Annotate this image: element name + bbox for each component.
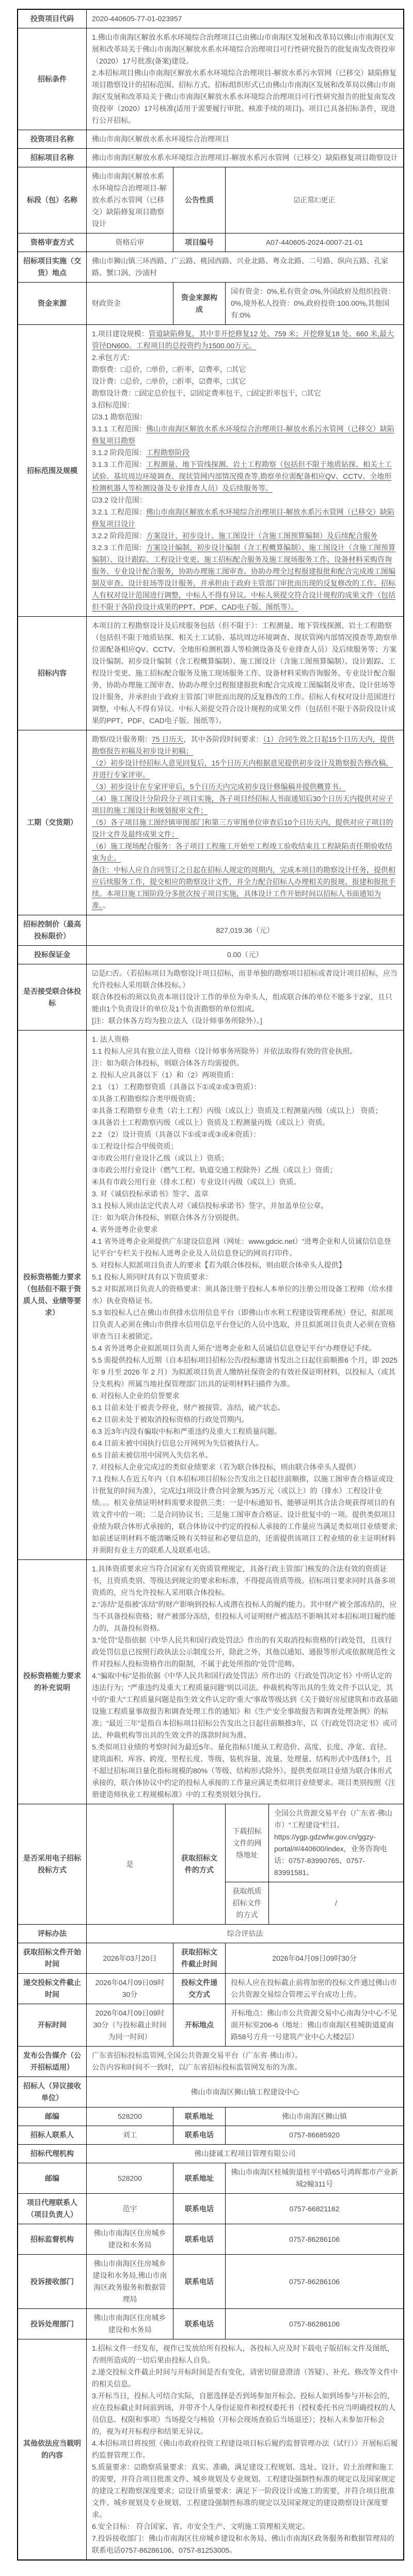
row-content: 招标内容 本项目的工程勘察设计及后续服务包括（但不限于）：工程测量、地下管线探测…	[18, 617, 403, 730]
doc-start-label: 获取招标文件开始时间	[18, 1943, 87, 1973]
agency-postcode-value: 528200	[87, 2163, 173, 2193]
notice-nature-value: ☑正常/□更正	[226, 167, 403, 233]
bid-bond-label: 投标保证金	[18, 946, 87, 964]
row-consortium: 是否接受联合体投标 ☑是/□否。（若招标项目为勘察设计项目招标，而非单独的勘察项…	[18, 964, 403, 1031]
agency-phone-label: 联系电话	[173, 2194, 226, 2224]
other-value: 1.招标文件一经发布，视作已发放给所有投标人，各投标人应及时下载电子版招标文件及…	[87, 2339, 403, 2559]
paper-doc-label: 获取纸质招标文件的方式	[226, 1882, 269, 1924]
submit-deadline-label: 递交投标文件截止时间	[18, 1974, 87, 2004]
complaint-handle-value: 佛山市南海区住房城乡建设和水务局	[87, 2309, 173, 2339]
doc-start-value: 2026年03月20日	[87, 1943, 173, 1973]
tenderer-address-value: 佛山市南海区狮山镇	[226, 2107, 403, 2126]
agency-label: 招标代理机构	[18, 2145, 87, 2163]
row-other: 其他依法应当载明的内容 1.招标文件一经发布，视作已发放给所有投标人，各投标人应…	[18, 2339, 403, 2559]
row-qualification-req: 投标资格能力要求（包括但不限于资质人员、业绩等要求） 1. 法人资格1.1 投标…	[18, 1031, 403, 1560]
agency-contact-label: 项目代理联系人（项目负责人）	[18, 2194, 87, 2224]
opening-time-value: 2026年04月09日09时30分（与投标截止时间为同一时间）	[87, 2004, 173, 2046]
row-tender-name: 招标项目名称 佛山市南海区解放水系水环境综合治理项目-解放水系污水管网（已移交）…	[18, 149, 403, 167]
complaint-recv-phone-value: 0757-86286106	[226, 2255, 403, 2308]
bid-bond-value: 0.00（元）	[87, 946, 403, 964]
agency-phone-value: 0757-66821162	[226, 2194, 403, 2224]
section-value: 佛山市南海区解放水系水环境综合治理项目-解放水系污水管网（已移交）缺陷修复项目勘…	[87, 167, 173, 233]
row-control-price: 招标控制价（最高投标限价） 827,019.36（元）	[18, 915, 403, 946]
opening-place-label: 开标地点	[173, 2004, 226, 2046]
row-tenderer-contact: 招标人联系人 刘工 联系电话 0757-86685920	[18, 2126, 403, 2145]
obtain-doc-nested: 下载招标文件的网络地址 全国公共资源交易平台（广东省·佛山市）“工程建设”栏目。…	[226, 1804, 403, 1924]
row-tenderer-postcode: 邮编 528200 联系地址 佛山市南海区狮山镇	[18, 2107, 403, 2126]
row-period: 工期（交货期） 勘察/设计服务期：75 日历天，其中各阶段时间要求：（1）合同生…	[18, 730, 403, 915]
row-evaluation: 评标办法 综合评估法	[18, 1925, 403, 1943]
tenderer-address-label: 联系地址	[173, 2107, 226, 2126]
conditions-label: 招标条件	[18, 28, 87, 130]
notice-nature-label: 公告性质	[173, 167, 226, 233]
row-qualification-supp: 投标资格能力要求的补充说明 1.具体资质要求应当符合国家有关资质管理规定，具备行…	[18, 1560, 403, 1804]
evaluation-value: 综合评估法	[87, 1925, 403, 1943]
qual-req-value: 1. 法人资格1.1 投标人应具有独立法人资格（设计师事务所除外）并依法取得有效…	[87, 1031, 403, 1559]
paper-doc-value: /	[269, 1882, 403, 1924]
qual-req-label: 投标资格能力要求（包括但不限于资质人员、业绩等要求）	[18, 1031, 87, 1559]
electronic-label: 是否采用电子招标投标方式	[18, 1804, 87, 1924]
consortium-value: ☑是/□否。（若招标项目为勘察设计项目招标，而非单独的勘察项目招标或者设计项目招…	[87, 964, 403, 1030]
obtain-doc-label: 获取招标文件的方式	[173, 1804, 226, 1924]
row-qualification-method: 资格审查方式 资格后审 项目编号 A07-440605-2024-0007-21…	[18, 233, 403, 252]
complaint-handle-phone-label: 联系电话	[173, 2309, 226, 2339]
doc-end-label: 获取招标文件截止时间	[173, 1943, 226, 1973]
complaint-recv-phone-label: 联系电话	[173, 2255, 226, 2308]
row-complaint-handle: 投诉处理部门 佛山市南海区住房城乡建设和水务局 联系电话 0757-862861…	[18, 2309, 403, 2339]
row-conditions: 招标条件 1.佛山市南海区解放水系水环境综合治理项目已由佛山市南海区发展和改革局…	[18, 28, 403, 130]
agency-contact-value: 范宇	[87, 2194, 173, 2224]
row-agency-postcode: 邮编 528200 联系地址 佛山市南海区桂城街道桂平中路65号鸿晖都市产业新城…	[18, 2163, 403, 2194]
period-value: 勘察/设计服务期：75 日历天，其中各阶段时间要求：（1）合同生效之日起15个日…	[87, 730, 403, 915]
row-agency: 招标代理机构 佛山捷诚工程项目管理有限公司	[18, 2145, 403, 2163]
row-agency-contact: 项目代理联系人（项目负责人） 范宇 联系电话 0757-66821162	[18, 2194, 403, 2224]
tender-notice-page: 投资项目代码 2020-440605-77-01-023957 招标条件 1.佛…	[0, 9, 413, 2561]
complaint-handle-label: 投诉处理部门	[18, 2309, 87, 2339]
invest-code-value: 2020-440605-77-01-023957	[87, 10, 403, 28]
period-label: 工期（交货期）	[18, 730, 87, 915]
conditions-value: 1.佛山市南海区解放水系水环境综合治理项目已由佛山市南海区发展和改革局以佛山市南…	[87, 28, 403, 130]
scope-label: 招标范围及规模	[18, 325, 87, 616]
agency-address-label: 联系地址	[173, 2163, 226, 2193]
consortium-label: 是否接受联合体投标	[18, 964, 87, 1030]
section-label: 标段（包）名称	[18, 167, 87, 233]
row-opening: 开标时间 2026年04月09日09时30分（与投标截止时间为同一时间） 开标地…	[18, 2004, 403, 2047]
row-doc-time: 获取招标文件开始时间 2026年03月20日 获取招标文件截止时间 2026年0…	[18, 1943, 403, 1974]
tenderer-contact-label: 招标人联系人	[18, 2126, 87, 2144]
location-value: 佛山市狮山镇三环西路、广云路、桃园西路、兴业北路、粤众北路、二号路、纵向五路、孔…	[87, 252, 403, 282]
tenderer-phone-label: 联系电话	[173, 2126, 226, 2144]
agency-postcode-label: 邮编	[18, 2163, 87, 2193]
row-section: 标段（包）名称 佛山市南海区解放水系水环境综合治理项目-解放水系污水管网（已移交…	[18, 167, 403, 233]
content-label: 招标内容	[18, 617, 87, 730]
row-funds: 资金来源 财政资金 资金来源构成 国有资金：0%,私有资金:0%,外国政府及组织…	[18, 283, 403, 325]
qual-method-label: 资格审查方式	[18, 233, 87, 252]
funds-label: 资金来源	[18, 283, 87, 324]
supervisor-label: 招标监督机构	[18, 2224, 87, 2254]
tenderer-postcode-label: 邮编	[18, 2107, 87, 2126]
control-price-value: 827,019.36（元）	[87, 915, 403, 945]
row-complaint-recv: 投诉接收部门 佛山市南海区住房城乡建设和水务局,佛山市南海区政务服务和数据管理局…	[18, 2255, 403, 2309]
row-invest-code: 投资项目代码 2020-440605-77-01-023957	[18, 10, 403, 28]
complaint-handle-phone-value: 0757-86286106	[226, 2309, 403, 2339]
invest-name-label: 投资项目名称	[18, 130, 87, 148]
project-no-label: 项目编号	[173, 233, 226, 252]
row-electronic: 是否采用电子招标投标方式 是 获取招标文件的方式 下载招标文件的网络地址 全国公…	[18, 1804, 403, 1925]
supervisor-phone-label: 联系电话	[173, 2224, 226, 2254]
row-tenderer: 招标人（异议接收单位） 佛山市南海区狮山镇工程建设中心	[18, 2077, 403, 2107]
qual-method-value: 资格后审	[87, 233, 173, 252]
tenderer-postcode-value: 528200	[87, 2107, 173, 2126]
electronic-value: 是	[87, 1804, 173, 1924]
location-label: 招标项目实施（交货）地点	[18, 252, 87, 282]
row-invest-name: 投资项目名称 佛山市南海区解放水系水环境综合治理项目	[18, 130, 403, 149]
row-submit: 递交投标文件截止时间 2026年04月09日09时30分 投标文件递交方式 投标…	[18, 1974, 403, 2004]
funds-value: 财政资金	[87, 283, 173, 324]
opening-place-value: 开标地点：佛山市公共资源交易中心南海分中心不见面开标室206-6（地址：佛山市南…	[226, 2004, 403, 2046]
media-label: 发布公告媒介（公开招标适用）	[18, 2047, 87, 2077]
invest-code-label: 投资项目代码	[18, 10, 87, 28]
tender-notice-table: 投资项目代码 2020-440605-77-01-023957 招标条件 1.佛…	[17, 9, 404, 2561]
row-bid-bond: 投标保证金 0.00（元）	[18, 946, 403, 964]
complaint-recv-label: 投诉接收部门	[18, 2255, 87, 2308]
doc-end-value: 2026年04月09日09时30分	[226, 1943, 403, 1973]
complaint-recv-value: 佛山市南海区住房城乡建设和水务局,佛山市南海区政务服务和数据管理局	[87, 2255, 173, 2308]
tenderer-label: 招标人（异议接收单位）	[18, 2077, 87, 2107]
row-location: 招标项目实施（交货）地点 佛山市狮山镇三环西路、广云路、桃园西路、兴业北路、粤众…	[18, 252, 403, 283]
opening-time-label: 开标时间	[18, 2004, 87, 2046]
submit-deadline-value: 2026年04月09日09时30分	[87, 1974, 173, 2004]
supervisor-phone-value: 0757-86286106	[226, 2224, 403, 2254]
control-price-label: 招标控制价（最高投标限价）	[18, 915, 87, 945]
download-url-label: 下载招标文件的网络地址	[226, 1804, 269, 1882]
scope-value: 1.项目建设规模：管道缺陷修复，其中非开挖修复12 处、759 米；开挖修复18…	[87, 325, 403, 616]
paper-subrow: 获取纸质招标文件的方式 /	[226, 1882, 403, 1924]
funds-comp-value: 国有资金：0%,私有资金:0%,外国政府及组织投资：0%,境外私人投资：0%,政…	[226, 283, 403, 324]
qual-supp-label: 投标资格能力要求的补充说明	[18, 1560, 87, 1804]
submit-method-value: 投标人应在投标截止前将加密的投标文件通过佛山市公共资源交易综合管理云平台成功上传…	[226, 1974, 403, 2004]
content-value: 本项目的工程勘察设计及后续服务包括（但不限于）：工程测量、地下管线探测、岩土工程…	[87, 617, 403, 730]
download-subrow: 下载招标文件的网络地址 全国公共资源交易平台（广东省·佛山市）“工程建设”栏目。…	[226, 1804, 403, 1882]
media-value: 广东省招标投标监管网,全国公共资源交易平台（广东省·佛山市）。公告内容和时间不一…	[87, 2047, 403, 2077]
download-url-value: 全国公共资源交易平台（广东省·佛山市）“工程建设”栏目。https://ygp.…	[269, 1804, 403, 1882]
tender-name-label: 招标项目名称	[18, 149, 87, 167]
tenderer-value: 佛山市南海区狮山镇工程建设中心	[87, 2077, 403, 2107]
row-supervisor: 招标监督机构 佛山市南海区住房城乡建设和水务局 联系电话 0757-862861…	[18, 2224, 403, 2255]
project-no-value: A07-440605-2024-0007-21-01	[226, 233, 403, 252]
funds-comp-label: 资金来源构成	[173, 283, 226, 324]
other-label: 其他依法应当载明的内容	[18, 2339, 87, 2559]
supervisor-value: 佛山市南海区住房城乡建设和水务局	[87, 2224, 173, 2254]
qual-supp-value: 1.具体资质要求应当符合国家有关资质管理规定，具备行政主管部门核发的合法有效的资…	[87, 1560, 403, 1804]
tenderer-contact-value: 刘工	[87, 2126, 173, 2144]
agency-value: 佛山捷诚工程项目管理有限公司	[87, 2145, 403, 2163]
agency-address-value: 佛山市南海区桂城街道桂平中路65号鸿晖都市产业新城2幢311号	[226, 2163, 403, 2193]
tenderer-phone-value: 0757-86685920	[226, 2126, 403, 2144]
invest-name-value: 佛山市南海区解放水系水环境综合治理项目	[87, 130, 403, 148]
row-scope: 招标范围及规模 1.项目建设规模：管道缺陷修复，其中非开挖修复12 处、759 …	[18, 325, 403, 617]
tender-name-value: 佛山市南海区解放水系水环境综合治理项目-解放水系污水管网（已移交）缺陷修复项目勘…	[87, 149, 403, 167]
submit-method-label: 投标文件递交方式	[173, 1974, 226, 2004]
evaluation-label: 评标办法	[18, 1925, 87, 1943]
row-media: 发布公告媒介（公开招标适用） 广东省招标投标监管网,全国公共资源交易平台（广东省…	[18, 2047, 403, 2077]
